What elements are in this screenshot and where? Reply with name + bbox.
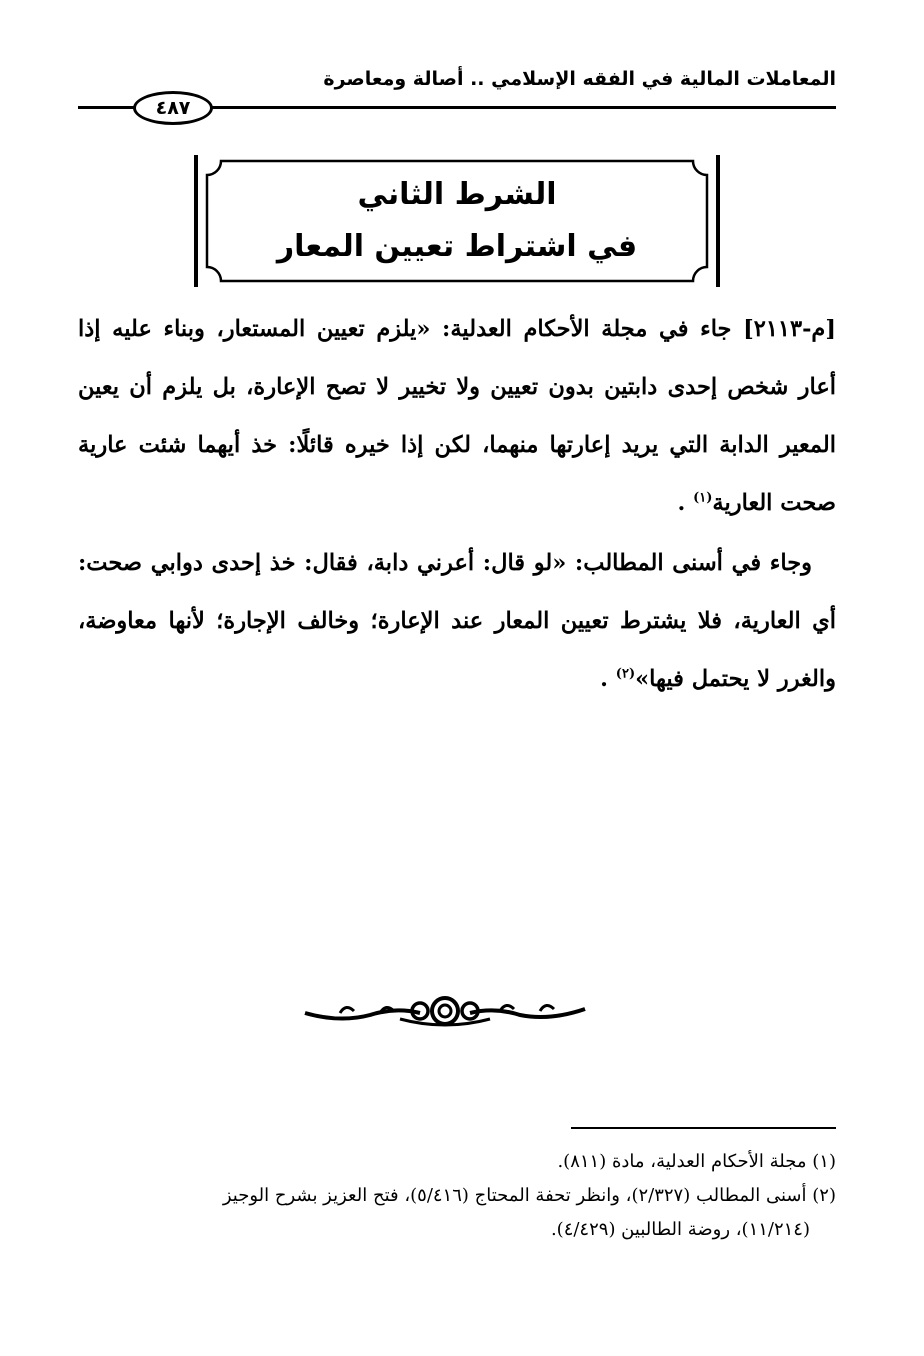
book-page: المعاملات المالية في الفقه الإسلامي .. أ…	[0, 0, 924, 1356]
footnote-ref-1[interactable]: (١)	[693, 491, 712, 506]
footnote-1-text: مجلة الأحكام العدلية، مادة (٨١١).	[557, 1151, 806, 1172]
footnote-2-continuation: (١١/٢١٤)، روضة الطالبين (٤/٤٢٩).	[75, 1213, 836, 1247]
section-title-line2: في اشتراط تعيين المعار	[193, 221, 721, 273]
page-number-badge: ٤٨٧	[133, 91, 213, 125]
footnote-1: (١) مجلة الأحكام العدلية، مادة (٨١١).	[75, 1145, 836, 1179]
footnote-ref-2[interactable]: (٢)	[616, 667, 635, 682]
footnote-1-marker: (١)	[812, 1151, 836, 1172]
floral-divider-icon	[300, 993, 590, 1029]
footnote-2-text: أسنى المطالب (٢/٣٢٧)، وانظر تحفة المحتاج…	[223, 1185, 807, 1206]
page-number: ٤٨٧	[156, 97, 191, 119]
footnote-2-marker: (٢)	[812, 1185, 836, 1206]
paragraph-2-end: .	[600, 666, 616, 692]
paragraph-1-text: [م-٢١١٣] جاء في مجلة الأحكام العدلية: «ي…	[78, 316, 836, 516]
body-paragraph-1: [م-٢١١٣] جاء في مجلة الأحكام العدلية: «ي…	[78, 300, 836, 532]
running-head-title: المعاملات المالية في الفقه الإسلامي .. أ…	[323, 68, 836, 90]
section-title-frame: الشرط الثاني في اشتراط تعيين المعار	[193, 155, 721, 287]
paragraph-1-end: .	[677, 490, 693, 516]
section-title-line1: الشرط الثاني	[193, 169, 721, 221]
body-paragraph-2: وجاء في أسنى المطالب: «لو قال: أعرني داب…	[78, 534, 836, 708]
paragraph-2-text: وجاء في أسنى المطالب: «لو قال: أعرني داب…	[78, 550, 836, 692]
footnotes: (١) مجلة الأحكام العدلية، مادة (٨١١). (٢…	[75, 1145, 836, 1247]
footnote-rule	[571, 1127, 836, 1129]
footnote-2: (٢) أسنى المطالب (٢/٣٢٧)، وانظر تحفة الم…	[75, 1179, 836, 1247]
